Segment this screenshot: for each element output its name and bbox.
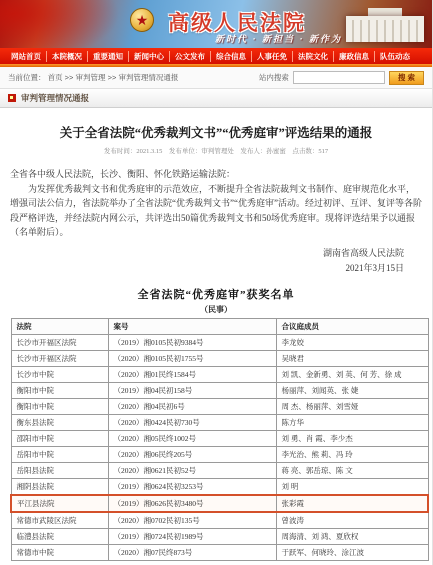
red-flag-decoration	[0, 0, 120, 48]
signature-block: 湖南省高级人民法院 2021年3月15日	[10, 246, 422, 277]
article-body: 全省各中级人民法院，长沙、衡阳、怀化铁路运输法院： 为发挥优秀裁判文书和优秀庭审…	[10, 167, 422, 240]
courthouse-image	[337, 4, 432, 48]
site-banner: ★ 高级人民法院 新时代 · 新担当 · 新作为	[0, 0, 432, 48]
section-bar: 审判管理情况通报	[0, 89, 432, 108]
nav-item-notices[interactable]: 重要通知	[87, 51, 128, 62]
article-content: 关于全省法院“优秀裁判文书”“优秀庭审”评选结果的通报 发布时间：2021.3.…	[0, 123, 432, 561]
col-header-case-number: 案号	[108, 319, 276, 335]
table-row: 岳阳市中院（2020）湘06民终205号李光治、熊 莉、冯 玲	[11, 447, 428, 463]
table-row: 常德市中院（2020）湘07民终873号于跃军、何晓玲、涂江波	[11, 545, 428, 561]
table-row: 常德市武陵区法院（2020）湘0702民初135号曾波涛	[11, 512, 428, 529]
col-header-panel-members: 合议庭成员	[276, 319, 428, 335]
table-row: 岳阳县法院（2020）湘0621民初52号蒋 亮、郭岳琼、陈 文	[11, 463, 428, 479]
table-header-row: 法院 案号 合议庭成员	[11, 319, 428, 335]
table-row: 长沙市开福区法院（2019）湘0105民初9384号李龙姣	[11, 335, 428, 351]
table-row: 衡东县法院（2020）湘0424民初730号陈方华	[11, 415, 428, 431]
nav-item-documents[interactable]: 公文发布	[169, 51, 210, 62]
signature-date: 2021年3月15日	[10, 261, 404, 276]
section-title: 审判管理情况通报	[21, 92, 89, 104]
article-paragraph: 为发挥优秀裁判文书和优秀庭审的示范效应，不断提升全省法院裁判文书制作、庭审规范化…	[10, 182, 422, 240]
national-emblem-icon: ★	[130, 8, 154, 32]
table-row: 邵阳市中院（2020）湘05民终1002号刘 勇、肖 霞、李少杰	[11, 431, 428, 447]
article-title: 关于全省法院“优秀裁判文书”“优秀庭审”评选结果的通报	[10, 123, 422, 141]
red-flag-icon	[8, 94, 16, 102]
nav-item-integrity[interactable]: 廉政信息	[333, 51, 374, 62]
search-input[interactable]	[293, 71, 385, 84]
search-button[interactable]: 搜 索	[389, 71, 424, 85]
table-row: 临澧县法院（2019）湘0724民初1989号周海清、刘 鸿、夏欣权	[11, 529, 428, 545]
nav-item-home[interactable]: 网站首页	[6, 51, 46, 62]
nav-item-overview[interactable]: 本院概况	[46, 51, 87, 62]
signature-org: 湖南省高级人民法院	[10, 246, 404, 261]
article-meta: 发布时间：2021.3.15 发布单位：审判管理处 发布人：孙蜜蜜 点击数：51…	[10, 146, 422, 155]
award-table: 法院 案号 合议庭成员 长沙市开福区法院（2019）湘0105民初9384号李龙…	[10, 318, 429, 561]
nav-item-news[interactable]: 新闻中心	[128, 51, 169, 62]
page: ★ 高级人民法院 新时代 · 新担当 · 新作为 网站首页 本院概况 重要通知 …	[0, 0, 433, 565]
nav-item-personnel[interactable]: 人事任免	[251, 51, 292, 62]
search-label: 站内搜索	[259, 72, 289, 83]
table-row: 湘阴县法院（2019）湘0624民初3253号刘 明	[11, 479, 428, 496]
award-table-subtitle: （民事）	[10, 304, 422, 315]
nav-item-info[interactable]: 综合信息	[210, 51, 251, 62]
table-row: 衡阳市中院（2020）湘04民初6号周 杰、杨丽萍、刘雪娅	[11, 399, 428, 415]
award-table-title: 全省法院“优秀庭审”获奖名单	[10, 286, 422, 302]
col-header-court: 法院	[11, 319, 108, 335]
table-row-highlighted: 平江县法院（2019）湘0626民初3480号张彩霞	[11, 495, 428, 512]
nav-item-culture[interactable]: 法院文化	[292, 51, 333, 62]
breadcrumb[interactable]: 当前位置： 首页 >> 审判管理 >> 审判管理情况通报	[8, 72, 259, 83]
breadcrumb-bar: 当前位置： 首页 >> 审判管理 >> 审判管理情况通报 站内搜索 搜 索	[0, 67, 432, 89]
nav-item-team[interactable]: 队伍动态	[374, 51, 415, 62]
main-nav: 网站首页 本院概况 重要通知 新闻中心 公文发布 综合信息 人事任免 法院文化 …	[0, 48, 432, 64]
article-salutation: 全省各中级人民法院，长沙、衡阳、怀化铁路运输法院：	[10, 167, 422, 182]
site-slogan: 新时代 · 新担当 · 新作为	[215, 32, 342, 45]
table-row: 衡阳市中院（2019）湘04民初158号杨丽萍、刘闻英、张 婕	[11, 383, 428, 399]
table-row: 长沙市开福区法院（2020）湘0105民初1755号吴晓君	[11, 351, 428, 367]
table-row: 长沙市中院（2020）湘01民终1584号刘 凯、金新勇、刘 英、何 芳、徐 成	[11, 367, 428, 383]
